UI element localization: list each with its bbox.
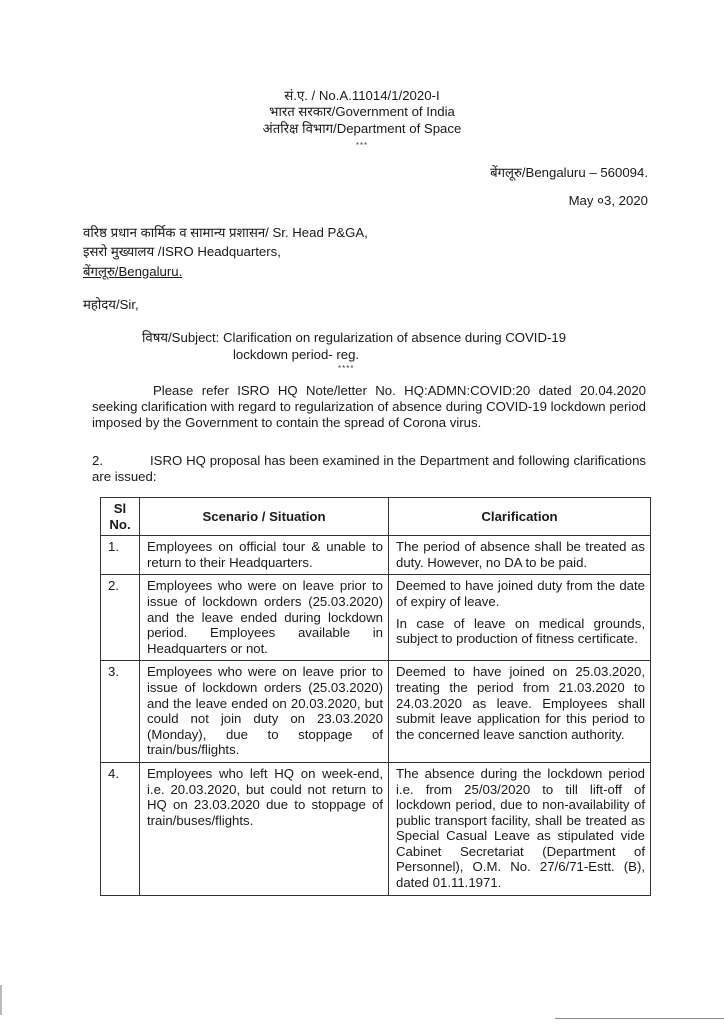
row-clarification: The absence during the lockdown period i… — [389, 762, 651, 895]
table-row: 4.Employees who left HQ on week-end, i.e… — [101, 762, 651, 895]
department-name: अंतरिक्ष विभाग/Department of Space — [0, 121, 724, 138]
reference-number: सं.ए. / No.A.11014/1/2020-I — [0, 88, 724, 105]
addressee-line-2: इसरो मुख्यालय /ISRO Headquarters, — [83, 244, 281, 260]
paragraph-1: Please refer ISRO HQ Note/letter No. HQ:… — [92, 383, 646, 431]
paragraph-2-number: 2. — [92, 453, 150, 469]
clarification-paragraph: The period of absence shall be treated a… — [396, 539, 645, 570]
addressee-line-3: बेंगलूरु/Bengaluru. — [83, 264, 182, 280]
header-clarification: Clarification — [389, 498, 651, 536]
subject-line-1: विषय/Subject: Clarification on regulariz… — [142, 330, 566, 346]
row-sl-no: 1. — [101, 536, 140, 575]
row-clarification: Deemed to have joined duty from the date… — [389, 575, 651, 661]
clarification-paragraph: Deemed to have joined on 25.03.2020, tre… — [396, 664, 645, 742]
subject-separator: **** — [338, 364, 354, 374]
clarification-table: Sl No. Scenario / Situation Clarificatio… — [100, 497, 651, 896]
clarification-paragraph: The absence during the lockdown period i… — [396, 766, 645, 891]
row-sl-no: 3. — [101, 661, 140, 763]
government-name: भारत सरकार/Government of India — [0, 104, 724, 121]
letter-date: May ०3, 2020 — [569, 193, 648, 209]
subject-line-2: lockdown period- reg. — [233, 347, 359, 363]
paragraph-2: 2.ISRO HQ proposal has been examined in … — [92, 453, 646, 485]
place: बेंगलूरु/Bengaluru – 560094. — [490, 165, 648, 181]
row-scenario: Employees who were on leave prior to iss… — [140, 575, 389, 661]
row-sl-no: 2. — [101, 575, 140, 661]
table-row: 2.Employees who were on leave prior to i… — [101, 575, 651, 661]
header-scenario: Scenario / Situation — [140, 498, 389, 536]
salutation: महोदय/Sir, — [83, 297, 139, 313]
row-scenario: Employees who left HQ on week-end, i.e. … — [140, 762, 389, 895]
header-sl-no: Sl No. — [101, 498, 140, 536]
row-clarification: Deemed to have joined on 25.03.2020, tre… — [389, 661, 651, 763]
scan-artifact — [555, 1018, 724, 1019]
row-scenario: Employees on official tour & unable to r… — [140, 536, 389, 575]
row-clarification: The period of absence shall be treated a… — [389, 536, 651, 575]
clarification-paragraph: In case of leave on medical grounds, sub… — [396, 616, 645, 647]
table-row: 3.Employees who were on leave prior to i… — [101, 661, 651, 763]
row-sl-no: 4. — [101, 762, 140, 895]
header-separator: *** — [0, 141, 724, 151]
paragraph-2-text: ISRO HQ proposal has been examined in th… — [92, 453, 646, 484]
table-row: 1.Employees on official tour & unable to… — [101, 536, 651, 575]
row-scenario: Employees who were on leave prior to iss… — [140, 661, 389, 763]
scan-artifact — [0, 985, 2, 1015]
addressee-line-1: वरिष्ठ प्रधान कार्मिक व सामान्य प्रशासन/… — [83, 225, 368, 241]
table-header-row: Sl No. Scenario / Situation Clarificatio… — [101, 498, 651, 536]
clarification-paragraph: Deemed to have joined duty from the date… — [396, 578, 645, 609]
